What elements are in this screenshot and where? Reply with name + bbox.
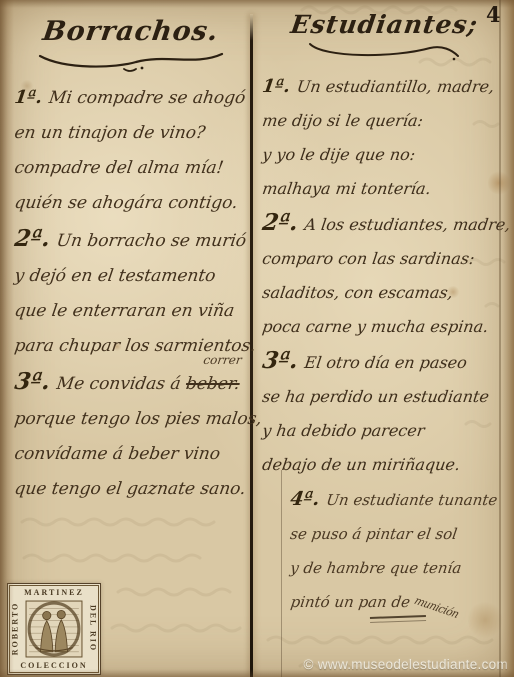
left-column-title: Borrachos.	[41, 16, 221, 47]
manuscript-scan: 4 Borrachos. 1ª.Mi compadre se ahogó en …	[0, 0, 514, 677]
stanza-number: 3ª.	[13, 368, 52, 395]
stanza: 3ª.El otro día en paseo se ha perdido un…	[260, 344, 508, 482]
stanza-end-flourish	[370, 615, 426, 623]
verse-line: Un estudiante tunante	[325, 491, 498, 509]
verse-line: pintó un pan de	[289, 593, 416, 611]
stanza: 1ª.Mi compadre se ahogó en un tinajon de…	[12, 80, 250, 221]
verse-line: compadre del alma mía!	[12, 151, 255, 186]
verse-line: poca carne y mucha espina.	[260, 310, 513, 344]
left-page-column: Borrachos. 1ª.Mi compadre se ahogó en un…	[12, 16, 250, 507]
verse-line: se ha perdido un estudiante	[260, 380, 513, 414]
bookplate-stamp: MARTINEZ COLECCION ROBERTO DEL RIO	[7, 583, 101, 675]
verse-line: Un estudiantillo, madre,	[296, 77, 496, 96]
verse-line: comparo con las sardinas:	[260, 242, 513, 276]
verse-line: me dijo si le quería:	[260, 104, 513, 138]
verse-line: en un tinajon de vino?	[12, 116, 255, 151]
verse-line: convídame á beber vino	[12, 437, 255, 472]
stanza-number: 4ª.	[289, 488, 321, 510]
stamp-text-right: DEL RIO	[89, 602, 98, 656]
verse-line: y yo le dije que no:	[260, 138, 513, 172]
verse-line: Mi compadre se ahogó	[48, 88, 247, 108]
stanza: 3ª.Me convidas á correrbeber. porque ten…	[12, 364, 250, 507]
stanza: 1ª.Un estudiantillo, madre, me dijo si l…	[260, 70, 508, 206]
bookplate-engraving	[25, 599, 83, 659]
title-underline-flourish	[36, 50, 226, 72]
struck-word: beber.	[185, 374, 241, 394]
right-page-column: Estudiantes; 1ª.Un estudiantillo, madre,…	[260, 10, 508, 621]
stanza: 2ª.A los estudiantes, madre, comparo con…	[260, 206, 508, 344]
verse-line: Me convidas á	[55, 374, 187, 394]
verse-line: saladitos, con escamas,	[260, 276, 513, 310]
verse-line: y dejó en el testamento	[12, 259, 255, 294]
page-edge-shadow	[502, 0, 514, 677]
verse-line: y de hambre que tenía	[288, 551, 513, 585]
manuscript-correction: correrbeber.	[184, 367, 242, 402]
trailing-word: munición	[407, 584, 465, 631]
verse-line: debajo de un miriñaque.	[260, 448, 513, 482]
page-edge-shadow	[0, 669, 514, 677]
verse-line: que le enterraran en viña	[12, 294, 255, 329]
inserted-word: correr	[203, 354, 243, 366]
verse-line: que tengo el gaznate sano.	[12, 472, 255, 507]
page-edge-shadow	[0, 0, 514, 8]
verse-line: El otro día en paseo	[303, 353, 468, 372]
verse-line: quién se ahogára contigo.	[12, 186, 255, 221]
verse-line: Un borracho se murió	[55, 231, 247, 251]
page-crease-line	[499, 0, 501, 677]
verse-line: porque tengo los pies malos,	[12, 402, 255, 437]
stanza-number: 3ª.	[261, 347, 300, 374]
stanza: 4ª.Un estudiante tunante se puso á pinta…	[260, 482, 508, 621]
verse-line: y ha debido parecer	[260, 414, 513, 448]
right-column-title: Estudiantes;	[288, 10, 479, 39]
stanza-number: 1ª.	[13, 87, 44, 108]
stanza-number: 1ª.	[261, 76, 292, 97]
stanza-number: 2ª.	[261, 209, 300, 236]
verse-line: malhaya mi tontería.	[260, 172, 513, 206]
stanza: 2ª.Un borracho se murió y dejó en el tes…	[12, 221, 250, 364]
title-underline-flourish	[304, 40, 464, 62]
verse-line: se puso á pintar el sol	[288, 517, 513, 551]
stamp-text-top: MARTINEZ	[8, 588, 100, 597]
binding-edge-shadow	[0, 0, 14, 677]
stanza-number: 2ª.	[13, 225, 52, 252]
verse-line: A los estudiantes, madre,	[303, 215, 511, 234]
